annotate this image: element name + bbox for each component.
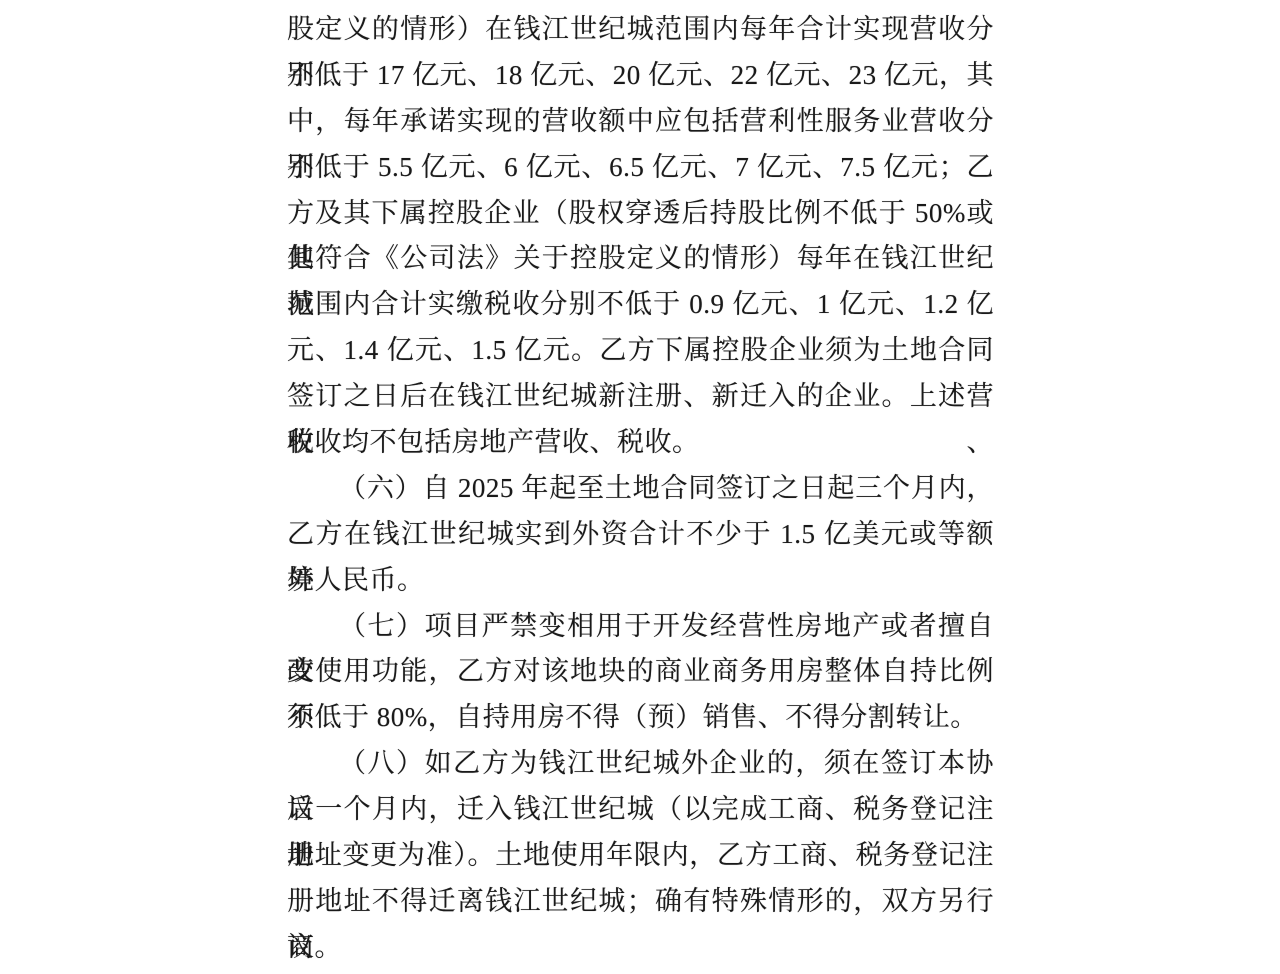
document-line: 地址变更为准）。土地使用年限内，乙方工商、税务登记注 (287, 833, 994, 879)
document-line: 方及其下属控股企业（股权穿透后持股比例不低于 50%或其 (287, 191, 994, 237)
document-line-clause-8: （八）如乙方为钱江世纪城外企业的，须在签订本协议 (287, 741, 994, 787)
document-line: 册地址不得迁离钱江世纪城；确有特殊情形的，双方另行商 (287, 879, 994, 925)
document-line: 乙方在钱江世纪城实到外资合计不少于 1.5 亿美元或等额境 (287, 512, 994, 558)
document-line: 范围内合计实缴税收分别不低于 0.9 亿元、1 亿元、1.2 亿 (287, 282, 994, 328)
document-line: 不低于 17 亿元、18 亿元、20 亿元、22 亿元、23 亿元，其 (287, 53, 994, 99)
document-line: 他符合《公司法》关于控股定义的情形）每年在钱江世纪城 (287, 236, 994, 282)
document-line: 议。 (287, 925, 994, 971)
document-line: 外人民币。 (287, 558, 994, 604)
document-line: 中，每年承诺实现的营收额中应包括营利性服务业营收分别 (287, 99, 994, 145)
document-line-clause-6: （六）自 2025 年起至土地合同签订之日起三个月内， (287, 466, 994, 512)
document-line: 变使用功能，乙方对该地块的商业商务用房整体自持比例须 (287, 649, 994, 695)
document-line: 股定义的情形）在钱江世纪城范围内每年合计实现营收分别 (287, 7, 994, 53)
document-line: 不低于 5.5 亿元、6 亿元、6.5 亿元、7 亿元、7.5 亿元；乙 (287, 145, 994, 191)
document-line: 元、1.4 亿元、1.5 亿元。乙方下属控股企业须为土地合同 (287, 328, 994, 374)
document-line: 不低于 80%，自持用房不得（预）销售、不得分割转让。 (287, 695, 994, 741)
document-line-clause-7: （七）项目严禁变相用于开发经营性房地产或者擅自改 (287, 604, 994, 650)
document-line: 签订之日后在钱江世纪城新注册、新迁入的企业。上述营收、 (287, 374, 994, 420)
document-line: 后一个月内，迁入钱江世纪城（以完成工商、税务登记注册 (287, 787, 994, 833)
document-page: 股定义的情形）在钱江世纪城范围内每年合计实现营收分别 不低于 17 亿元、18 … (287, 7, 994, 971)
